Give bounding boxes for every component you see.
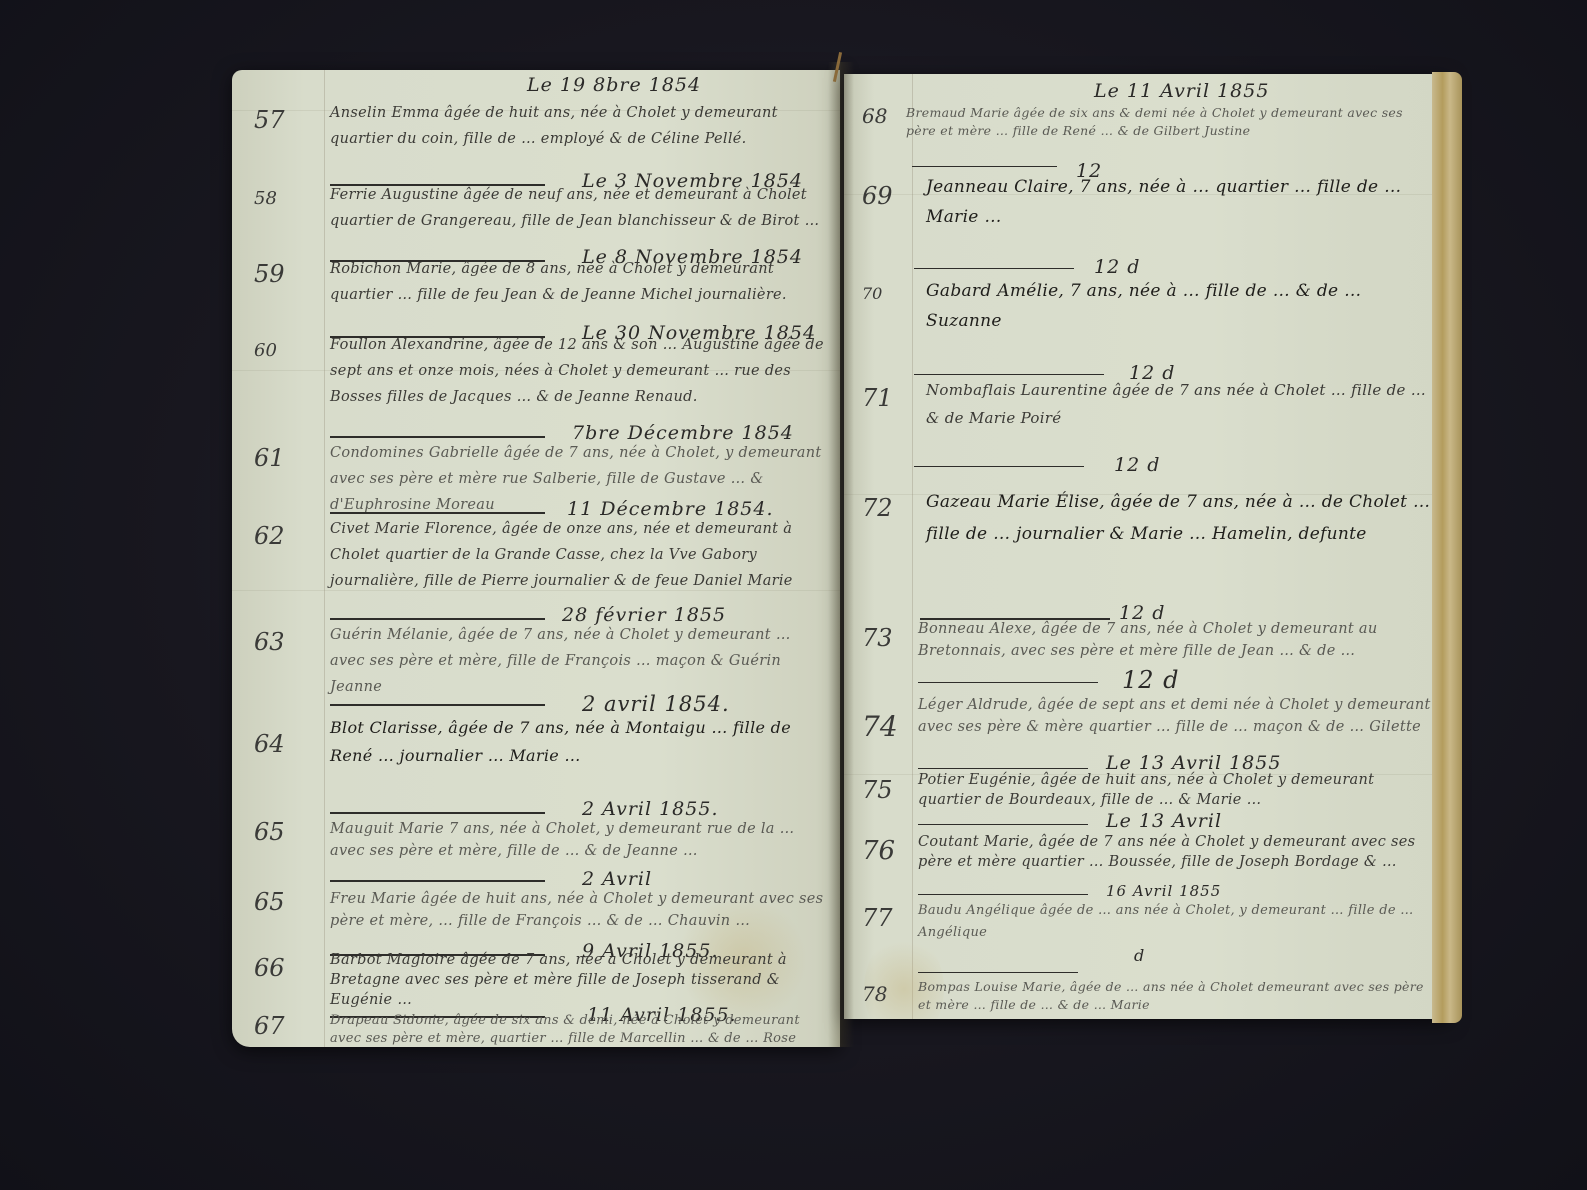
entry-number: 65 — [254, 888, 285, 916]
entry-date: 12 d — [1114, 454, 1160, 476]
entry-text: Bompas Louise Marie, âgée de … ans née à… — [918, 978, 1436, 1014]
entry-number: 71 — [862, 384, 893, 412]
page-block-edge — [1432, 72, 1462, 1023]
entry-text: Anselin Emma âgée de huit ans, née à Cho… — [330, 100, 826, 152]
entry-text: Bonneau Alexe, âgée de 7 ans, née à Chol… — [918, 618, 1436, 662]
entry-number: 75 — [862, 776, 893, 804]
entry-text: Coutant Marie, âgée de 7 ans née à Chole… — [918, 832, 1436, 872]
entry-separator — [918, 894, 1088, 895]
entry-separator — [912, 166, 1057, 167]
entry-text: Gazeau Marie Élise, âgée de 7 ans, née à… — [926, 486, 1436, 550]
entry-separator — [914, 268, 1074, 269]
entry-text: Freu Marie âgée de huit ans, née à Chole… — [330, 888, 826, 932]
left-margin-rule — [324, 70, 325, 1047]
entry-text: Foullon Alexandrine, âgée de 12 ans & so… — [330, 332, 826, 410]
entry-number: 70 — [862, 284, 882, 303]
entry-date: 2 Avril 1855. — [582, 798, 718, 820]
entry-number: 78 — [862, 982, 887, 1006]
entry-separator — [330, 812, 545, 814]
entry-text: Potier Eugénie, âgée de huit ans, née à … — [918, 770, 1436, 810]
entry-number: 77 — [862, 904, 893, 932]
entry-number: 64 — [254, 730, 285, 758]
entry-text: Barbot Magloire âgée de 7 ans, née à Cho… — [330, 950, 826, 1010]
entry-separator — [918, 824, 1088, 825]
entry-number: 60 — [254, 340, 277, 361]
entry-separator — [330, 704, 545, 706]
entry-number: 62 — [254, 522, 285, 550]
entry-text: Guérin Mélanie, âgée de 7 ans, née à Cho… — [330, 622, 826, 700]
page-top-date: Le 11 Avril 1855 — [1094, 80, 1269, 102]
entry-number: 67 — [254, 1012, 285, 1040]
left-page: Le 19 8bre 1854 57 Anselin Emma âgée de … — [232, 70, 840, 1047]
entry-text: Baudu Angélique âgée de … ans née à Chol… — [918, 900, 1436, 944]
right-margin-rule — [912, 74, 913, 1019]
entry-number: 57 — [254, 106, 285, 134]
entry-date: 16 Avril 1855 — [1106, 882, 1221, 900]
entry-text: Jeanneau Claire, 7 ans, née à … quartier… — [926, 172, 1436, 232]
entry-number: 63 — [254, 628, 285, 656]
entry-number: 59 — [254, 260, 285, 288]
entry-date: d — [1134, 946, 1145, 965]
entry-separator — [918, 972, 1078, 973]
entry-number: 74 — [862, 710, 898, 743]
entry-text: Robichon Marie, âgée de 8 ans, née à Cho… — [330, 256, 826, 308]
entry-number: 72 — [862, 494, 893, 522]
entry-text: Blot Clarisse, âgée de 7 ans, née à Mont… — [330, 714, 826, 770]
entry-separator — [914, 466, 1084, 467]
entry-date: 2 Avril — [582, 868, 652, 890]
entry-separator — [914, 374, 1104, 375]
entry-separator — [330, 436, 545, 438]
entry-date: 12 d — [1122, 666, 1180, 694]
page-top-date: Le 19 8bre 1854 — [527, 74, 701, 96]
entry-separator — [330, 512, 545, 514]
entry-date: 12 d — [1094, 256, 1140, 278]
entry-number: 65 — [254, 818, 285, 846]
entry-text: Nombaflais Laurentine âgée de 7 ans née … — [926, 376, 1436, 432]
entry-number: 66 — [254, 954, 285, 982]
entry-text: Civet Marie Florence, âgée de onze ans, … — [330, 516, 826, 594]
entry-date: 2 avril 1854. — [582, 692, 730, 716]
right-page: Le 11 Avril 1855 68 Bremaud Marie âgée d… — [844, 74, 1450, 1019]
entry-separator — [918, 768, 1088, 769]
entry-text: Ferrie Augustine âgée de neuf ans, née e… — [330, 182, 826, 234]
entry-text: Gabard Amélie, 7 ans, née à … fille de …… — [926, 276, 1436, 336]
entry-separator — [330, 618, 545, 620]
entry-number: 69 — [862, 182, 893, 210]
entry-separator — [918, 682, 1098, 683]
open-register-book: Le 19 8bre 1854 57 Anselin Emma âgée de … — [232, 62, 1462, 1047]
entry-number: 61 — [254, 444, 285, 472]
entry-text: Drapeau Sidonie, âgée de six ans & demi,… — [330, 1012, 826, 1047]
entry-text: Bremaud Marie âgée de six ans & demi née… — [906, 104, 1436, 140]
entry-date: Le 13 Avril — [1106, 810, 1222, 832]
entry-number: 58 — [254, 188, 277, 209]
entry-number: 68 — [862, 104, 887, 128]
entry-number: 76 — [862, 836, 895, 866]
entry-separator — [330, 880, 545, 882]
entry-text: Mauguit Marie 7 ans, née à Cholet, y dem… — [330, 818, 826, 862]
entry-number: 73 — [862, 624, 893, 652]
entry-text: Léger Aldrude, âgée de sept ans et demi … — [918, 694, 1436, 738]
